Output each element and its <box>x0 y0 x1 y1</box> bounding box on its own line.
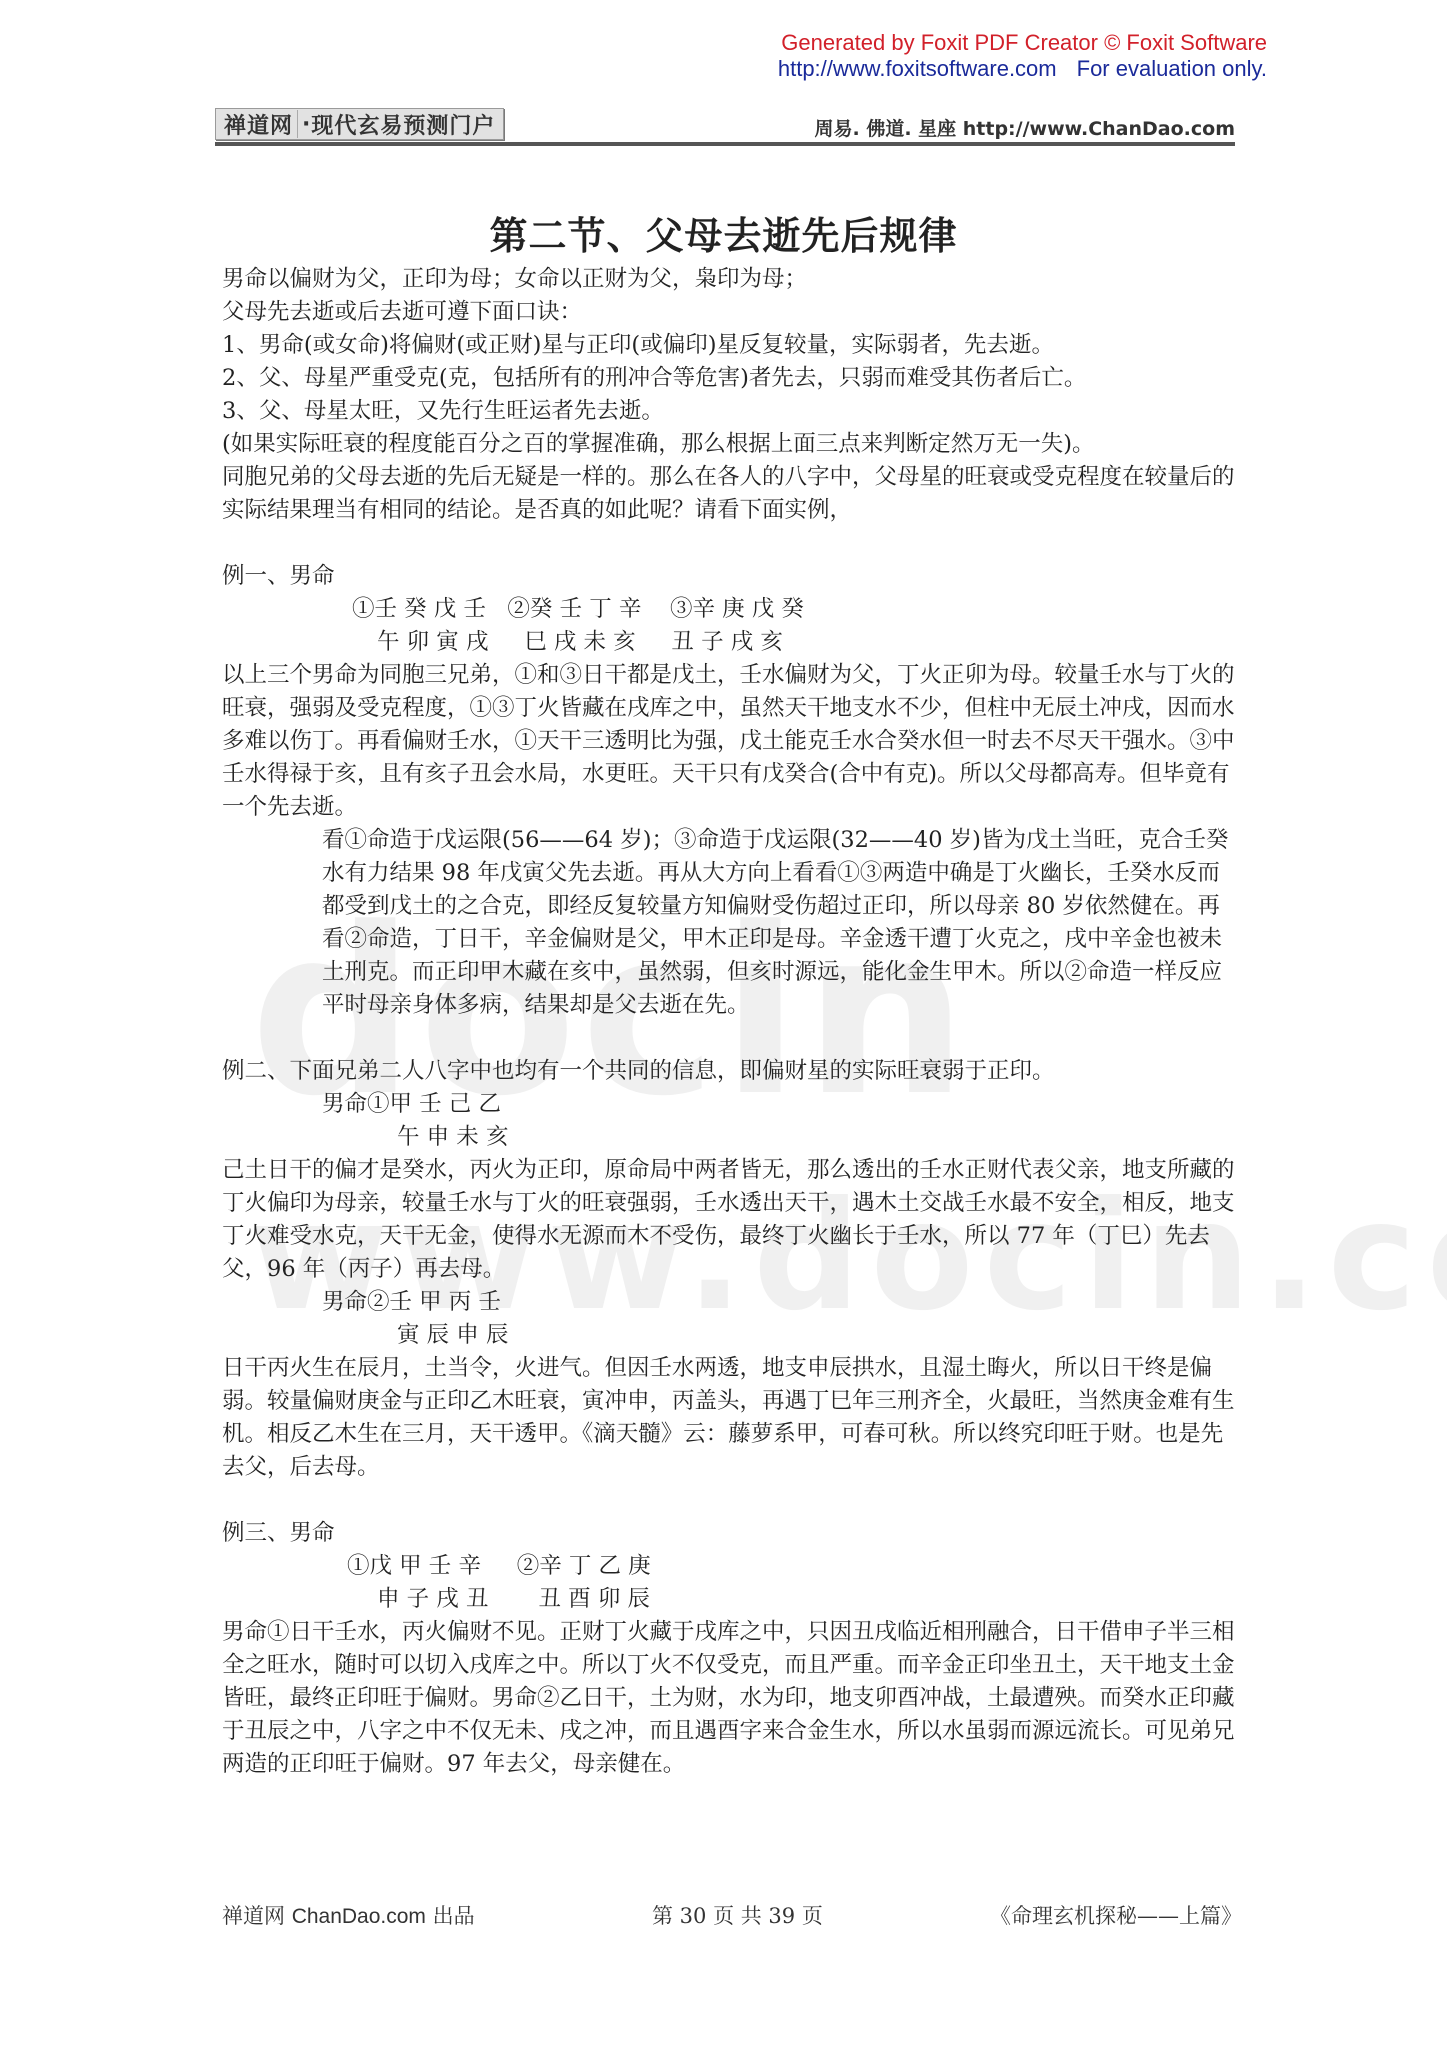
bullet-dot-icon: · <box>302 112 311 137</box>
intro-line-2: 父母先去逝或后去逝可遵下面口诀： <box>222 296 1242 329</box>
example2-heading: 例二、下面兄弟二人八字中也均有一个共同的信息，即偏财星的实际旺衰弱于正印。 <box>222 1055 1242 1088</box>
footer-brand: ChanDao.com <box>292 1905 426 1928</box>
rule-1: 1、男命(或女命)将偏财(或正财)星与正印(或偏印)星反复较量，实际弱者，先去逝… <box>222 329 1242 362</box>
footer-publisher: 禅道网 ChanDao.com 出品 <box>222 1900 475 1930</box>
example2-chart2-branches: 寅 辰 申 辰 <box>222 1319 1242 1352</box>
site-tagline: 周易. 佛道. 星座 http://www.ChanDao.com <box>814 114 1235 141</box>
example1-paragraph-1: 以上三个男命为同胞三兄弟，①和③日干都是戊土，壬水偏财为父，丁火正卯为母。较量壬… <box>222 659 1242 824</box>
footer-site-name: 禅道网 <box>222 1904 285 1928</box>
example3-branches: 申 子 戌 丑 丑 酉 卯 辰 <box>222 1583 1242 1616</box>
site-slogan: 现代玄易预测门户 <box>311 109 495 140</box>
badge-separator <box>297 110 298 138</box>
example2-paragraph-2: 日干丙火生在辰月，土当令，火进气。但因壬水两透，地支申辰拱水，且湿土晦火，所以日… <box>222 1352 1242 1484</box>
site-name: 禅道网 <box>224 109 293 140</box>
example1-paragraph-2: 看①命造于戊运限(56——64 岁)；③命造于戊运限(32——40 岁)皆为戊土… <box>222 824 1242 1022</box>
example2-chart1-stems: 男命①甲 壬 己 乙 <box>222 1088 1242 1121</box>
example1-heading: 例一、男命 <box>222 560 1242 593</box>
page-number: 第 30 页 共 39 页 <box>652 1900 823 1930</box>
example3-paragraph-1: 男命①日干壬水，丙火偏财不见。正财丁火藏于戌库之中，只因丑戌临近相刑融合，日干借… <box>222 1616 1242 1781</box>
rule-3: 3、父、母星太旺，又先行生旺运者先去逝。 <box>222 395 1242 428</box>
example2-paragraph-1: 己土日干的偏才是癸水，丙火为正印，原命局中两者皆无，那么透出的壬水正财代表父亲，… <box>222 1154 1242 1286</box>
intro-paragraph: 同胞兄弟的父母去逝的先后无疑是一样的。那么在各人的八字中，父母星的旺衰或受克程度… <box>222 461 1242 527</box>
intro-line-1: 男命以偏财为父，正印为母；女命以正财为父，枭印为母； <box>222 263 1242 296</box>
foxit-evaluation-banner: Generated by Foxit PDF Creator © Foxit S… <box>778 30 1267 82</box>
foxit-url-line: http://www.foxitsoftware.comFor evaluati… <box>778 56 1267 82</box>
spacer <box>222 527 1242 560</box>
example3-stems: ①戊 甲 壬 辛 ②辛 丁 乙 庚 <box>222 1550 1242 1583</box>
example2-chart1-branches: 午 申 未 亥 <box>222 1121 1242 1154</box>
book-title: 《命理玄机探秘——上篇》 <box>990 1900 1242 1930</box>
document-body: 男命以偏财为父，正印为母；女命以正财为父，枭印为母； 父母先去逝或后去逝可遵下面… <box>222 263 1242 1781</box>
spacer <box>222 1022 1242 1055</box>
example2-chart2-stems: 男命②壬 甲 丙 壬 <box>222 1286 1242 1319</box>
spacer <box>222 1484 1242 1517</box>
rule-note: (如果实际旺衰的程度能百分之百的掌握准确，那么根据上面三点来判断定然万无一失)。 <box>222 428 1242 461</box>
page-footer: 禅道网 ChanDao.com 出品 第 30 页 共 39 页 《命理玄机探秘… <box>222 1900 1242 1934</box>
foxit-url-link[interactable]: http://www.foxitsoftware.com <box>778 56 1057 81</box>
rule-2: 2、父、母星严重受克(克，包括所有的刑冲合等危害)者先去，只弱而难受其伤者后亡。 <box>222 362 1242 395</box>
example1-stems: ①壬 癸 戊 壬 ②癸 壬 丁 辛 ③辛 庚 戊 癸 <box>222 593 1242 626</box>
example3-heading: 例三、男命 <box>222 1517 1242 1550</box>
foxit-generated-notice: Generated by Foxit PDF Creator © Foxit S… <box>778 30 1267 56</box>
site-badge: 禅道网 · 现代玄易预测门户 <box>215 108 504 140</box>
evaluation-note: For evaluation only. <box>1077 56 1267 81</box>
example1-branches: 午 卯 寅 戌 巳 戌 未 亥 丑 子 戌 亥 <box>222 626 1242 659</box>
page-title: 第二节、父母去逝先后规律 <box>0 205 1447 260</box>
footer-publisher-suffix: 出品 <box>433 1904 475 1928</box>
header-divider <box>215 142 1235 146</box>
site-header: 禅道网 · 现代玄易预测门户 周易. 佛道. 星座 http://www.Cha… <box>215 104 1235 146</box>
